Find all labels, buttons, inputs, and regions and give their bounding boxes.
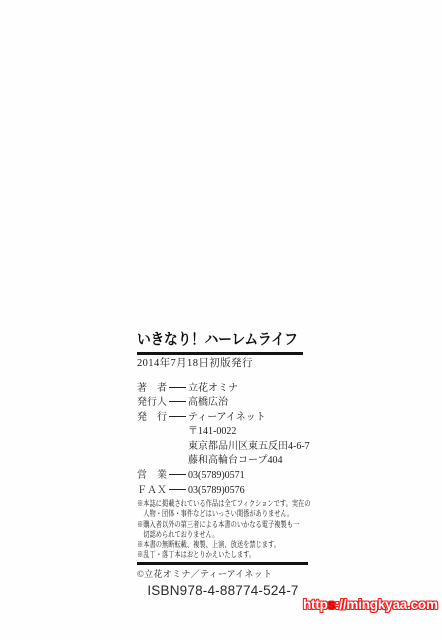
note-copy-line2: 切認められておりません。 [137,530,309,540]
copyright-line: ©立花オミナ／ティーアイネット [137,569,309,579]
note-copy-line1: ※購入者以外の第三者による本書のいかなる電子複製も一 [137,520,309,530]
note-reprint: ※本書の無断転載、複製、上演、放送を禁じます。 [137,540,309,550]
publisher-value: 高橋広治 [188,397,228,408]
dash-rule [169,416,186,417]
watermark-prefix: http [303,597,328,612]
dash-rule [169,401,186,402]
address-line1: 東京都品川区東五反田4-6-7 [188,441,310,452]
bottom-rule [137,562,308,565]
note-defective-copies: ※乱丁・落丁本はおとりかえいたします。 [137,550,309,560]
sales-label: 営 業 [137,469,168,484]
site-url-watermark: https://mingkyaa.com [303,597,438,613]
edition-date: 2014年7月18日初版発行 [137,358,309,370]
imprint-value: ティーアイネット [188,412,266,423]
publication-info: 著 者立花オミナ 発行人高橋広治 発 行ティーアイネット 〒141-0022 東… [137,382,309,499]
address-row-1: 東京都品川区東五反田4-6-7 [137,440,309,455]
dash-rule [169,387,186,388]
note-fiction-line1: ※本誌に掲載されている作品は全てフィクションです。実在の [137,499,309,509]
author-label: 著 者 [137,382,168,397]
author-value: 立花オミナ [188,383,238,394]
publisher-row: 発行人高橋広治 [137,396,309,411]
publisher-label: 発行人 [137,396,168,411]
imprint-label: 発 行 [137,411,168,426]
postal-code-row: 〒141-0022 [137,425,309,440]
fax-label: ＦＡＸ [137,484,168,499]
sales-phone: 03(5789)0571 [188,470,245,481]
postal-code: 〒141-0022 [188,426,236,437]
colophon-page: いきなり！ハーレムライフ 2014年7月18日初版発行 著 者立花オミナ 発行人… [0,0,442,640]
dash-rule [169,474,186,475]
watermark-s: s [328,597,335,612]
colophon-block: いきなり！ハーレムライフ 2014年7月18日初版発行 著 者立花オミナ 発行人… [137,331,309,598]
dash-rule [169,489,186,490]
watermark-rest: ://mingkyaa.com [335,597,438,612]
imprint-row: 発 行ティーアイネット [137,411,309,426]
address-line2: 藤和高輪台コープ404 [188,455,283,466]
author-row: 著 者立花オミナ [137,382,309,397]
note-fiction-line2: 人物・団体・事件などはいっさい関係がありません。 [137,509,309,519]
fax-row: ＦＡＸ03(5789)0576 [137,484,309,499]
title-underline [137,352,303,355]
book-title: いきなり！ハーレムライフ [137,331,295,348]
isbn-number: ISBN978-4-88774-524-7 [137,583,309,598]
fax-phone: 03(5789)0576 [188,485,245,496]
sales-phone-row: 営 業03(5789)0571 [137,469,309,484]
address-row-2: 藤和高輪台コープ404 [137,454,309,469]
legal-notes: ※本誌に掲載されている作品は全てフィクションです。実在の 人物・団体・事件などは… [137,499,309,560]
